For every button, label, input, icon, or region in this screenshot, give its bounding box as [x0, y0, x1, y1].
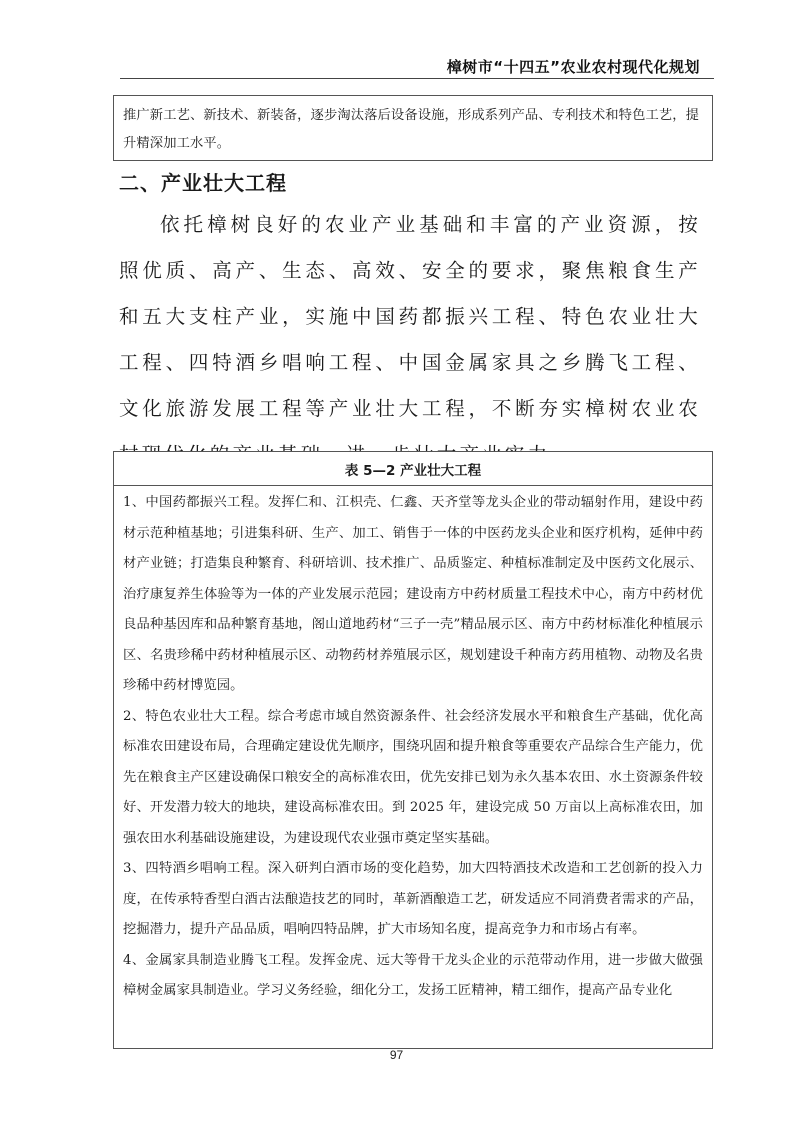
page-number: 97 [0, 1048, 793, 1062]
table-item: 1、中国药都振兴工程。发挥仁和、江枳壳、仁鑫、天齐堂等龙头企业的带动辐射作用，建… [123, 488, 703, 702]
continued-box-text: 推广新工艺、新技术、新装备，逐步淘汰落后设备设施，形成系列产品、专利技术和特色工… [123, 102, 703, 158]
table-caption: 表 5—2 产业壮大工程 [114, 452, 712, 486]
section-heading: 二、产业壮大工程 [119, 167, 287, 196]
table-item: 3、四特酒乡唱响工程。深入研判白酒市场的变化趋势，加大四特酒技术改造和工艺创新的… [123, 854, 703, 946]
table-item: 2、特色农业壮大工程。综合考虑市域自然资源条件、社会经济发展水平和粮食生产基础，… [123, 702, 703, 855]
running-header-title: 樟树市“十四五”农业农村现代化规划 [447, 56, 700, 77]
table-item: 4、金属家具制造业腾飞工程。发挥金虎、远大等骨干龙头企业的示范带动作用，进一步做… [123, 946, 703, 1007]
continued-box: 推广新工艺、新技术、新装备，逐步淘汰落后设备设施，形成系列产品、专利技术和特色工… [113, 95, 713, 161]
table-body: 1、中国药都振兴工程。发挥仁和、江枳壳、仁鑫、天齐堂等龙头企业的带动辐射作用，建… [114, 486, 712, 1007]
project-table: 表 5—2 产业壮大工程 1、中国药都振兴工程。发挥仁和、江枳壳、仁鑫、天齐堂等… [113, 451, 713, 1049]
section-paragraph: 依托樟树良好的农业产业基础和丰富的产业资源，按照优质、高产、生态、高效、安全的要… [119, 202, 701, 478]
header-rule [120, 78, 714, 79]
